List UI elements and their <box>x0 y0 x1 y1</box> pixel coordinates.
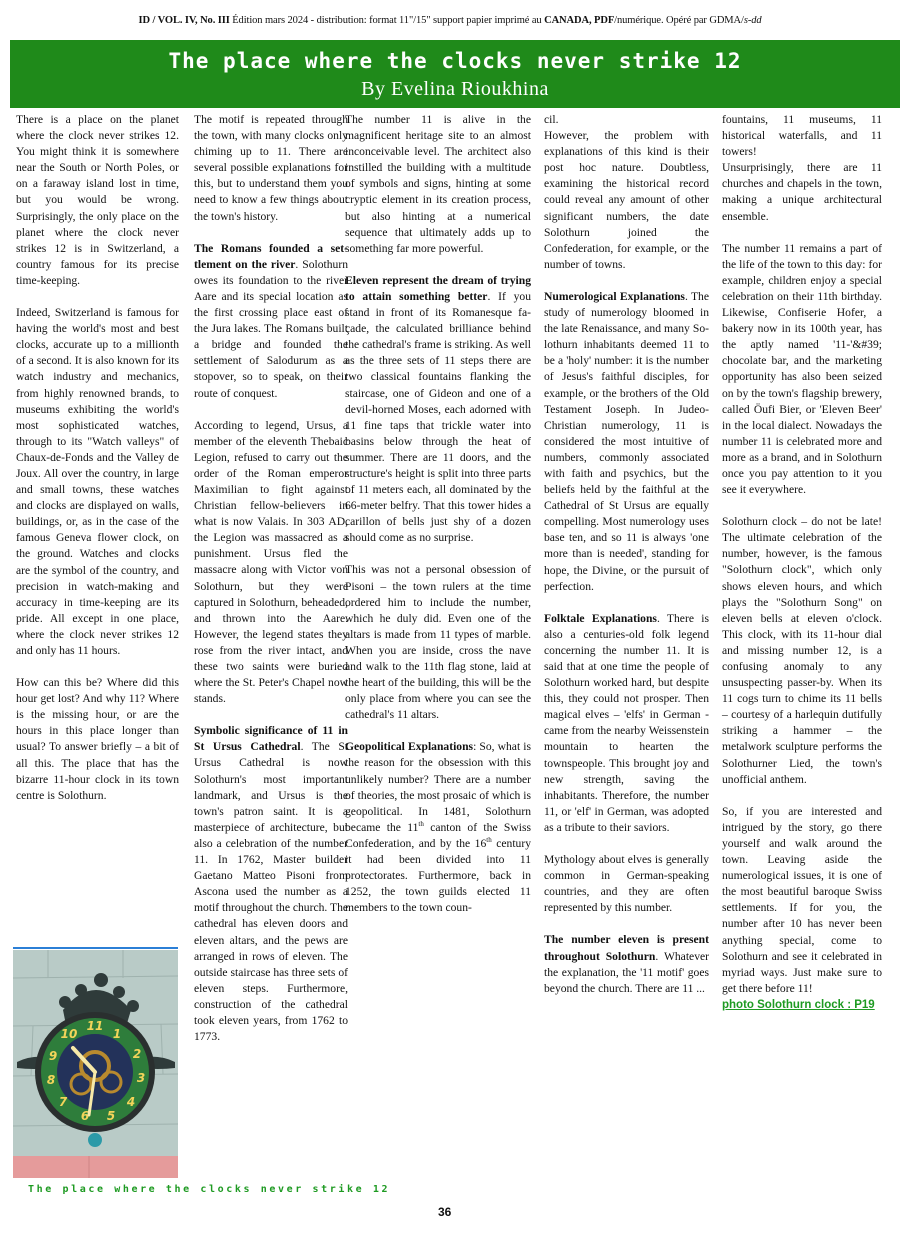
svg-text:4: 4 <box>126 1095 135 1109</box>
svg-text:3: 3 <box>137 1071 145 1085</box>
page-number: 36 <box>438 1205 451 1219</box>
column-1: There is a place on the planet where the… <box>16 112 179 804</box>
svg-text:7: 7 <box>59 1095 68 1109</box>
paragraph: According to legend, Ursus, a member of … <box>194 418 348 708</box>
paragraph: Indeed, Switzerland is fa­mous for havin… <box>16 305 179 659</box>
paragraph: There is a place on the planet where the… <box>16 112 179 289</box>
paragraph-text: . There is also a centuries-old folk leg… <box>544 612 709 834</box>
photo-caption: The place where the clocks never strike … <box>28 1184 390 1195</box>
paragraph-section: Geopolitical Explanations: So, what is t… <box>345 739 531 916</box>
svg-text:10: 10 <box>61 1027 78 1041</box>
section-heading: Folktale Explanations <box>544 612 657 625</box>
paragraph: Mythology about elves is ge­nerally comm… <box>544 852 709 916</box>
paragraph-section: The number eleven is pre­sent throughout… <box>544 932 709 996</box>
paragraph: fountains, 11 museums, 11 historical wat… <box>722 112 882 160</box>
paragraph-section: Eleven represent the dream of trying to … <box>345 273 531 547</box>
article-title: The place where the clocks never strike … <box>10 40 900 76</box>
paragraph-text: : So, what is the reason for the obsessi… <box>345 740 531 833</box>
paragraph-section: Numerological Explana­tions. The study o… <box>544 289 709 595</box>
svg-text:9: 9 <box>49 1049 57 1063</box>
paragraph-text: . If you stand in front of its Romanesqu… <box>345 290 531 544</box>
divider <box>13 947 178 949</box>
masthead-text-2: /numérique. Opéré par GDMA/ <box>614 15 744 26</box>
svg-text:1: 1 <box>113 1027 121 1041</box>
svg-text:11: 11 <box>87 1019 104 1033</box>
paragraph-text: . Solo­thurn owes its foundation to the … <box>194 258 348 400</box>
paragraph: The motif is repeated through the town, … <box>194 112 348 225</box>
photo-credit-link[interactable]: photo Solothurn clock : P19 <box>722 999 875 1011</box>
article-banner: The place where the clocks never strike … <box>10 40 900 108</box>
column-5: fountains, 11 museums, 11 historical wat… <box>722 112 882 1013</box>
paragraph: cil. <box>544 112 709 128</box>
masthead-country: CANADA, PDF <box>544 15 614 26</box>
paragraph-section: The Romans founded a set­tlement on the … <box>194 241 348 402</box>
svg-text:2: 2 <box>133 1047 141 1061</box>
paragraph: The number 11 remains a part of the life… <box>722 241 882 499</box>
svg-text:8: 8 <box>47 1073 55 1087</box>
masthead-issue: ID / VOL. IV, No. III <box>138 15 229 26</box>
paragraph: So, if you are interested and intrigued … <box>722 804 882 997</box>
masthead-credit: s-dd <box>744 15 762 26</box>
masthead-text: Édition mars 2024 - distribution: format… <box>230 15 544 26</box>
paragraph: However, the problem with explanations o… <box>544 128 709 273</box>
clock-photo: 1 2 3 4 5 6 7 8 9 10 11 <box>13 950 178 1178</box>
svg-text:5: 5 <box>107 1109 115 1123</box>
paragraph: The number 11 is alive in the magnificen… <box>345 112 531 257</box>
paragraph: Unsurprisingly, there are 11 churches an… <box>722 160 882 224</box>
paragraph: This was not a personal ob­session of Pi… <box>345 562 531 723</box>
section-heading: Geopolitical Explanations <box>345 740 473 753</box>
paragraph-text: . The study of numero­logy bloomed in th… <box>544 290 709 593</box>
section-heading: Numerological Explana­tions <box>544 290 685 303</box>
paragraph: Solothurn clock – do not be late! The ul… <box>722 514 882 788</box>
column-2: The motif is repeated through the town, … <box>194 112 348 1045</box>
paragraph: How can this be? Where did this hour get… <box>16 675 179 804</box>
paragraph-section: Folktale Explanations. There is also a c… <box>544 611 709 836</box>
column-4: cil. However, the problem with explanati… <box>544 112 709 997</box>
clock-icon: 1 2 3 4 5 6 7 8 9 10 11 <box>13 950 178 1178</box>
paragraph-section: Symbolic significance of 11 in St Ursus … <box>194 723 348 1045</box>
masthead-line: ID / VOL. IV, No. III Édition mars 2024 … <box>0 14 900 28</box>
column-3: The number 11 is alive in the magnificen… <box>345 112 531 916</box>
paragraph-text: . The St Ursus Cathedral is now Solothur… <box>194 740 348 1043</box>
article-byline: By Evelina Rioukhina <box>10 76 900 102</box>
